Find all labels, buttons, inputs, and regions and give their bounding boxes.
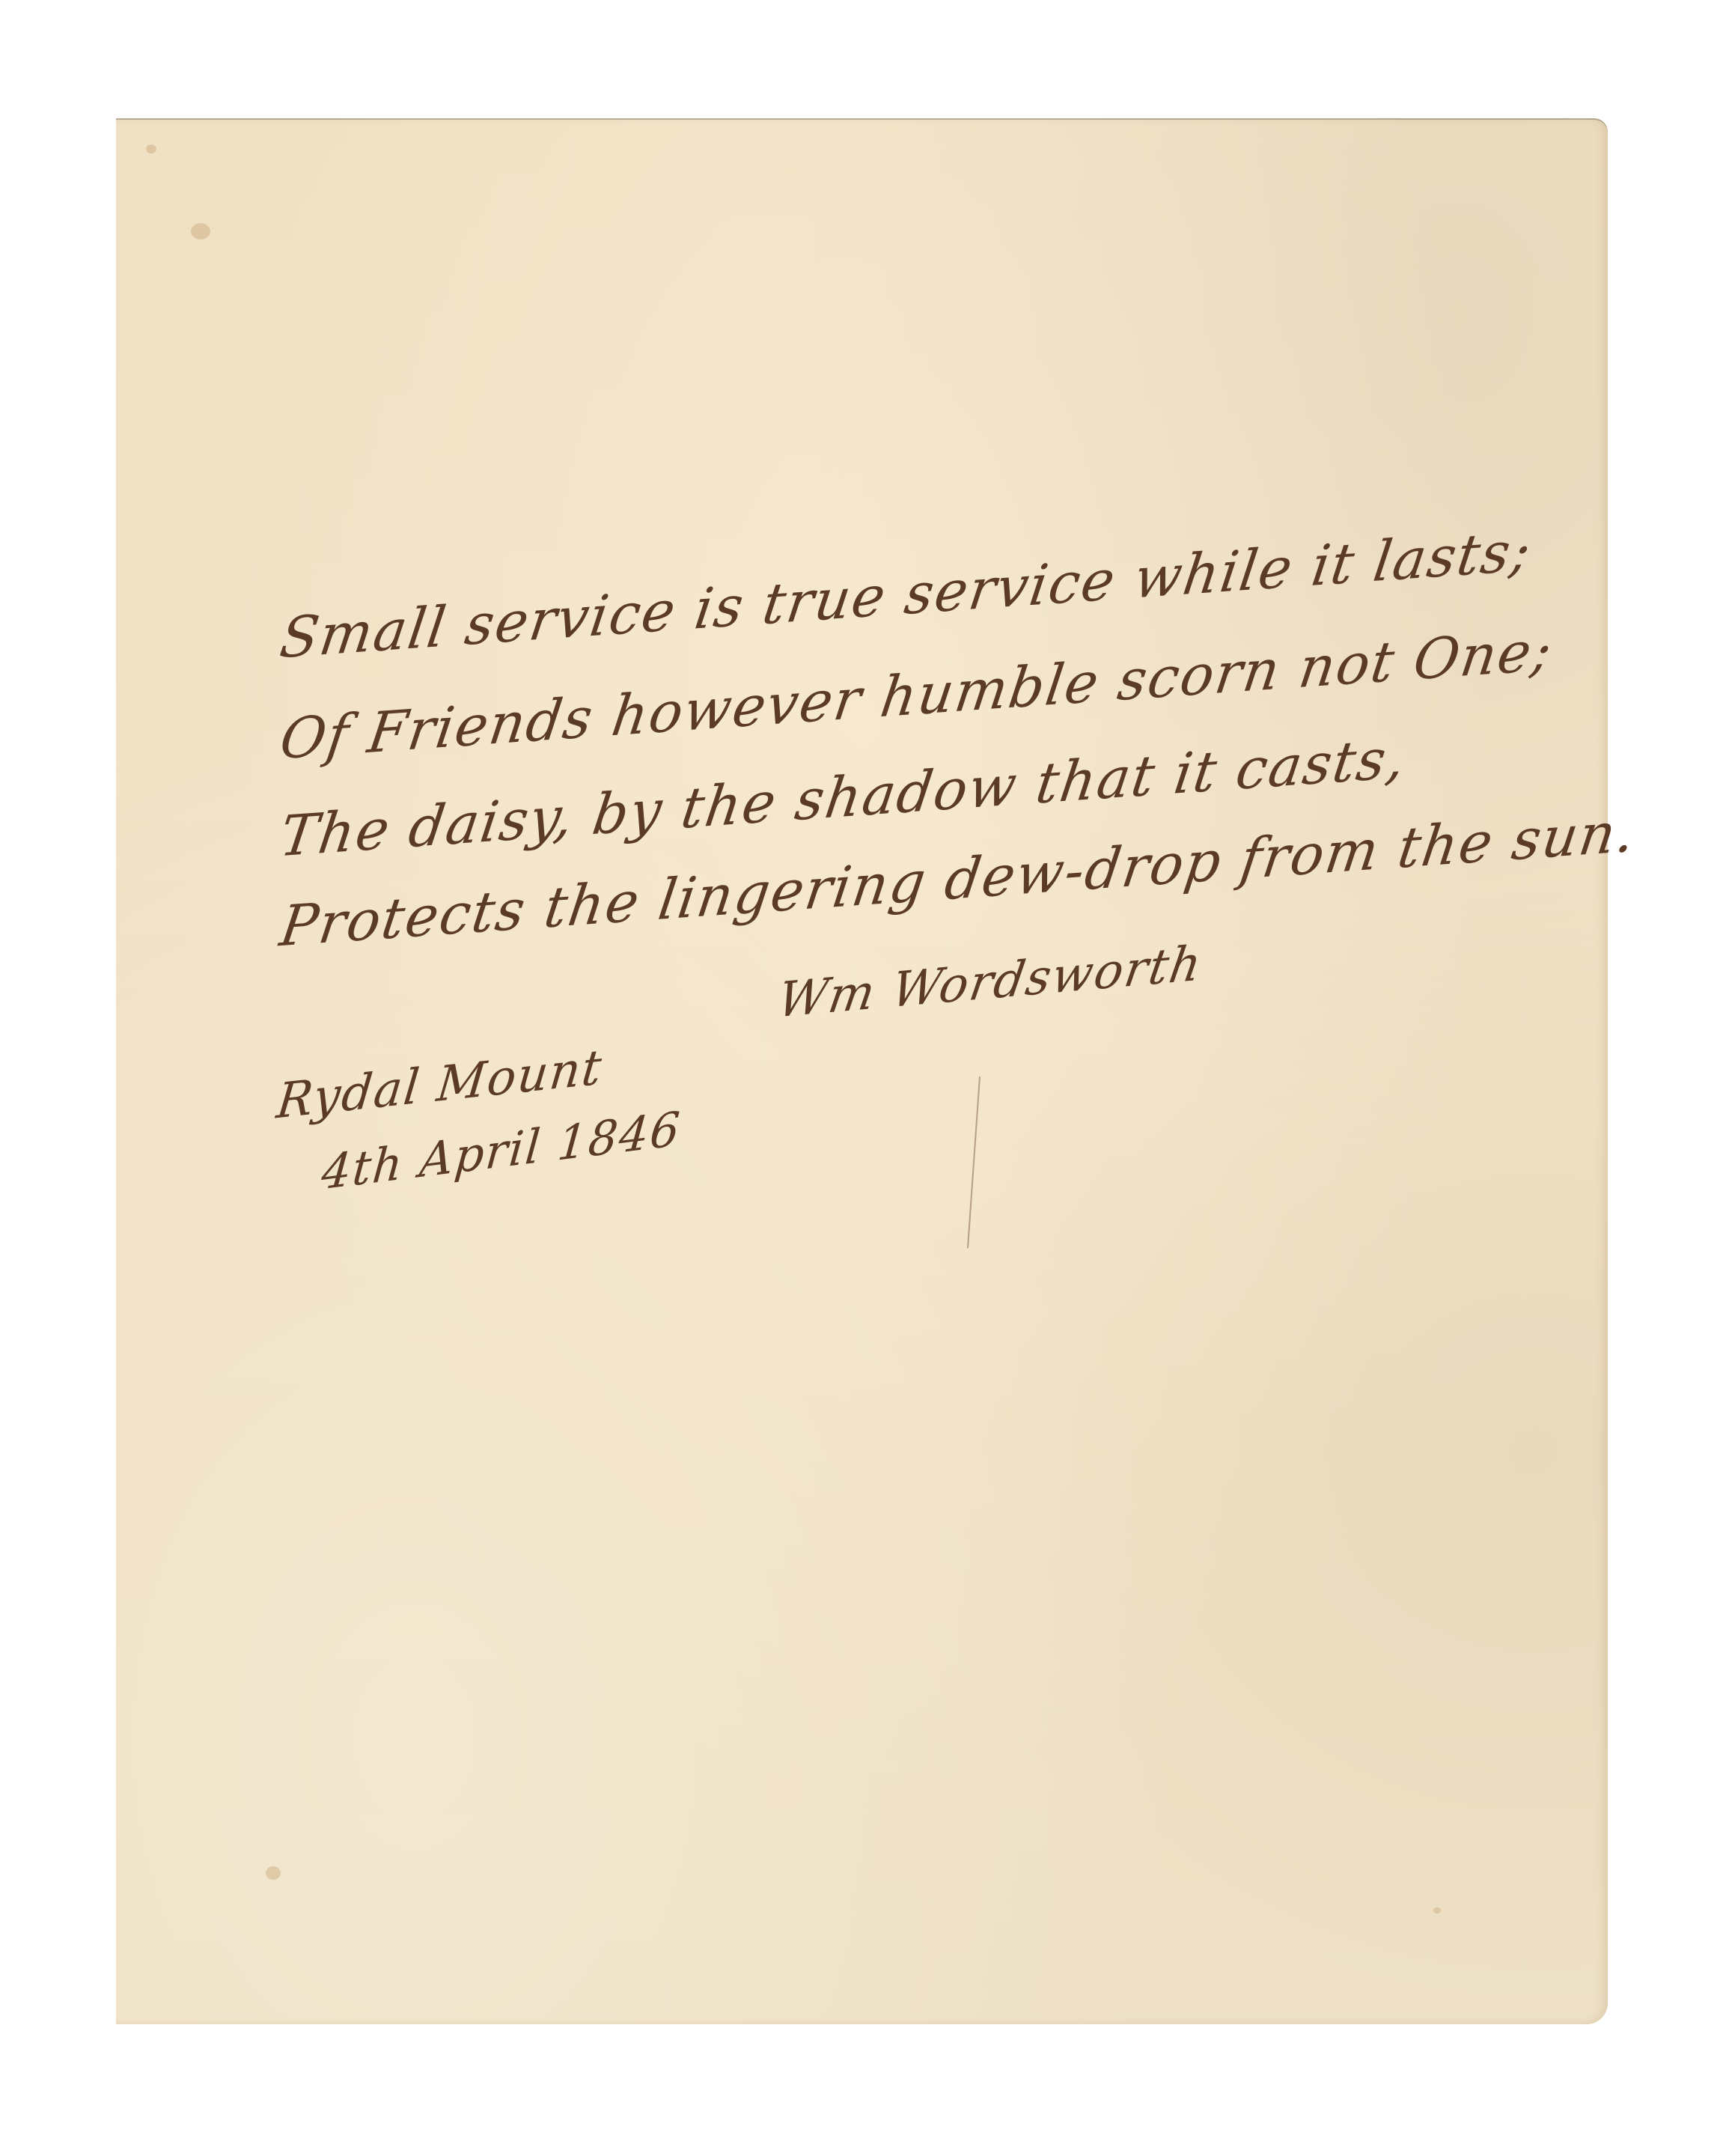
stray-pen-stroke — [967, 1077, 981, 1249]
foxing-spot — [146, 144, 156, 153]
foxing-spot — [191, 223, 210, 240]
foxing-spot — [266, 1866, 281, 1880]
foxing-spot — [1433, 1907, 1441, 1913]
